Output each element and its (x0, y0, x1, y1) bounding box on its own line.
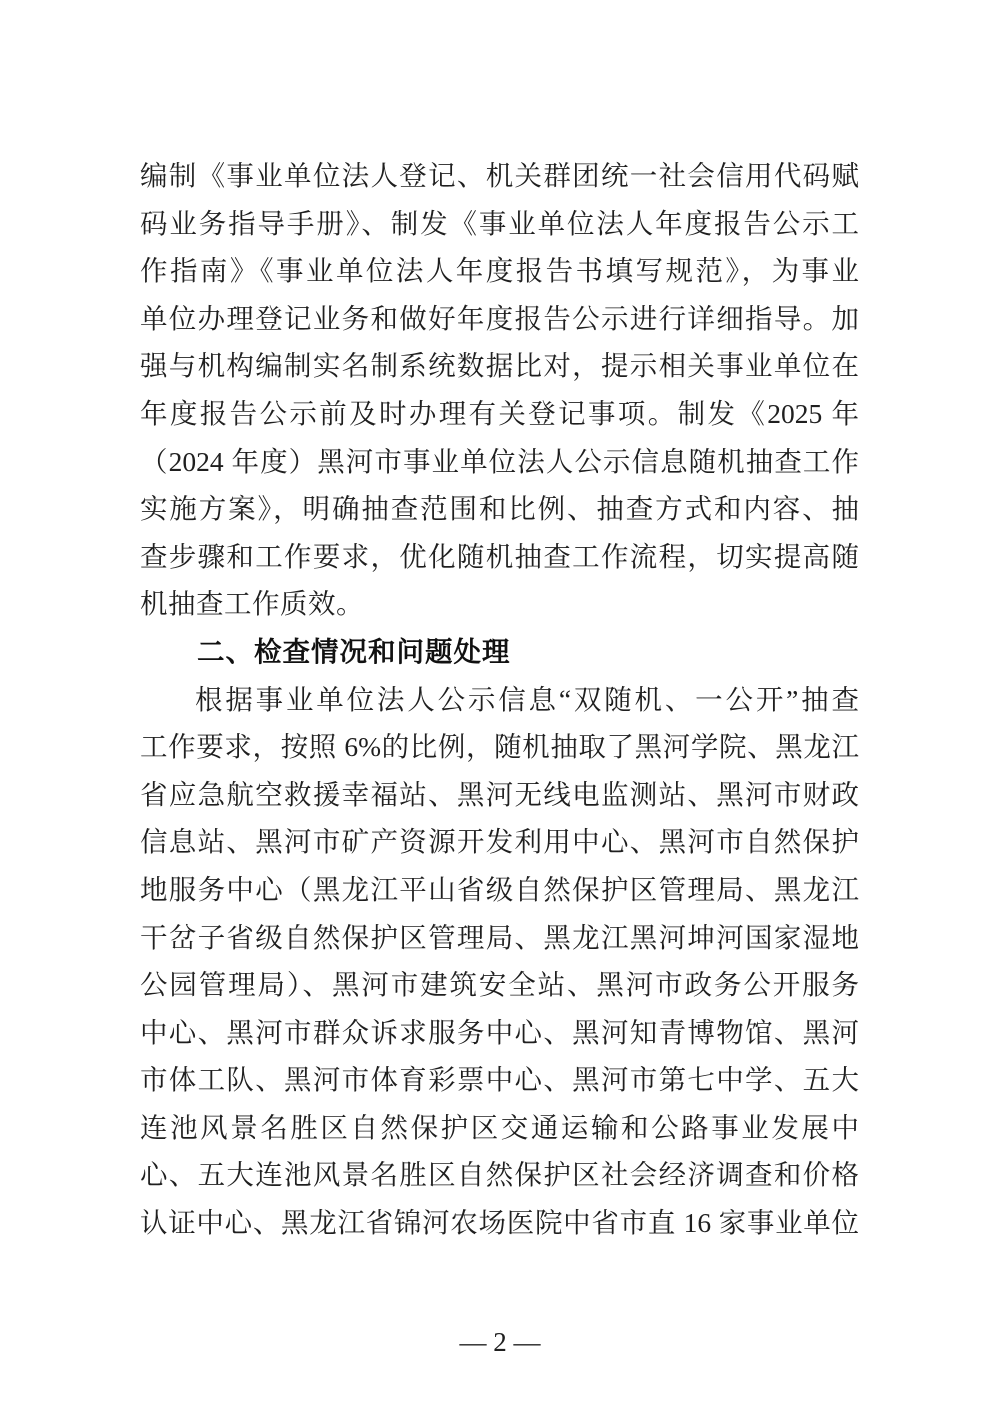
text-line: 市体工队、黑河市体育彩票中心、黑河市第七中学、五大 (140, 1056, 859, 1104)
page-number: — 2 — (0, 1327, 1000, 1358)
text-line: （2024 年度）黑河市事业单位法人公示信息随机抽查工作 (140, 438, 859, 486)
text-line: 实施方案》，明确抽查范围和比例、抽查方式和内容、抽 (140, 485, 859, 533)
section-heading: 二、检查情况和问题处理 (140, 628, 859, 676)
text-line: 连池风景名胜区自然保护区交通运输和公路事业发展中 (140, 1104, 859, 1152)
text-line: 干岔子省级自然保护区管理局、黑龙江黑河坤河国家湿地 (140, 914, 859, 962)
text-line: 省应急航空救援幸福站、黑河无线电监测站、黑河市财政 (140, 771, 859, 819)
text-line: 查步骤和工作要求，优化随机抽查工作流程，切实提高随 (140, 533, 859, 581)
text-line: 工作要求，按照 6%的比例，随机抽取了黑河学院、黑龙江 (140, 723, 859, 771)
text-line: 心、五大连池风景名胜区自然保护区社会经济调查和价格 (140, 1151, 859, 1199)
text-line: 码业务指导手册》、制发《事业单位法人年度报告公示工 (140, 200, 859, 248)
text-line: 中心、黑河市群众诉求服务中心、黑河知青博物馆、黑河 (140, 1009, 859, 1057)
document-page: 编制《事业单位法人登记、机关群团统一社会信用代码赋 码业务指导手册》、制发《事业… (0, 0, 1000, 1414)
text-line: 单位办理登记业务和做好年度报告公示进行详细指导。加 (140, 295, 859, 343)
text-line: 作指南》《事业单位法人年度报告书填写规范》，为事业 (140, 247, 859, 295)
text-line: 公园管理局）、黑河市建筑安全站、黑河市政务公开服务 (140, 961, 859, 1009)
text-line: 信息站、黑河市矿产资源开发利用中心、黑河市自然保护 (140, 818, 859, 866)
text-line: 根据事业单位法人公示信息“双随机、一公开”抽查 (140, 676, 859, 724)
text-line: 认证中心、黑龙江省锦河农场医院中省市直 16 家事业单位 (140, 1199, 859, 1247)
text-line: 地服务中心（黑龙江平山省级自然保护区管理局、黑龙江 (140, 866, 859, 914)
document-body: 编制《事业单位法人登记、机关群团统一社会信用代码赋 码业务指导手册》、制发《事业… (140, 152, 859, 1247)
text-line: 强与机构编制实名制系统数据比对，提示相关事业单位在 (140, 342, 859, 390)
text-line: 机抽查工作质效。 (140, 580, 859, 628)
text-line: 编制《事业单位法人登记、机关群团统一社会信用代码赋 (140, 152, 859, 200)
text-line: 年度报告公示前及时办理有关登记事项。制发《2025 年 (140, 390, 859, 438)
